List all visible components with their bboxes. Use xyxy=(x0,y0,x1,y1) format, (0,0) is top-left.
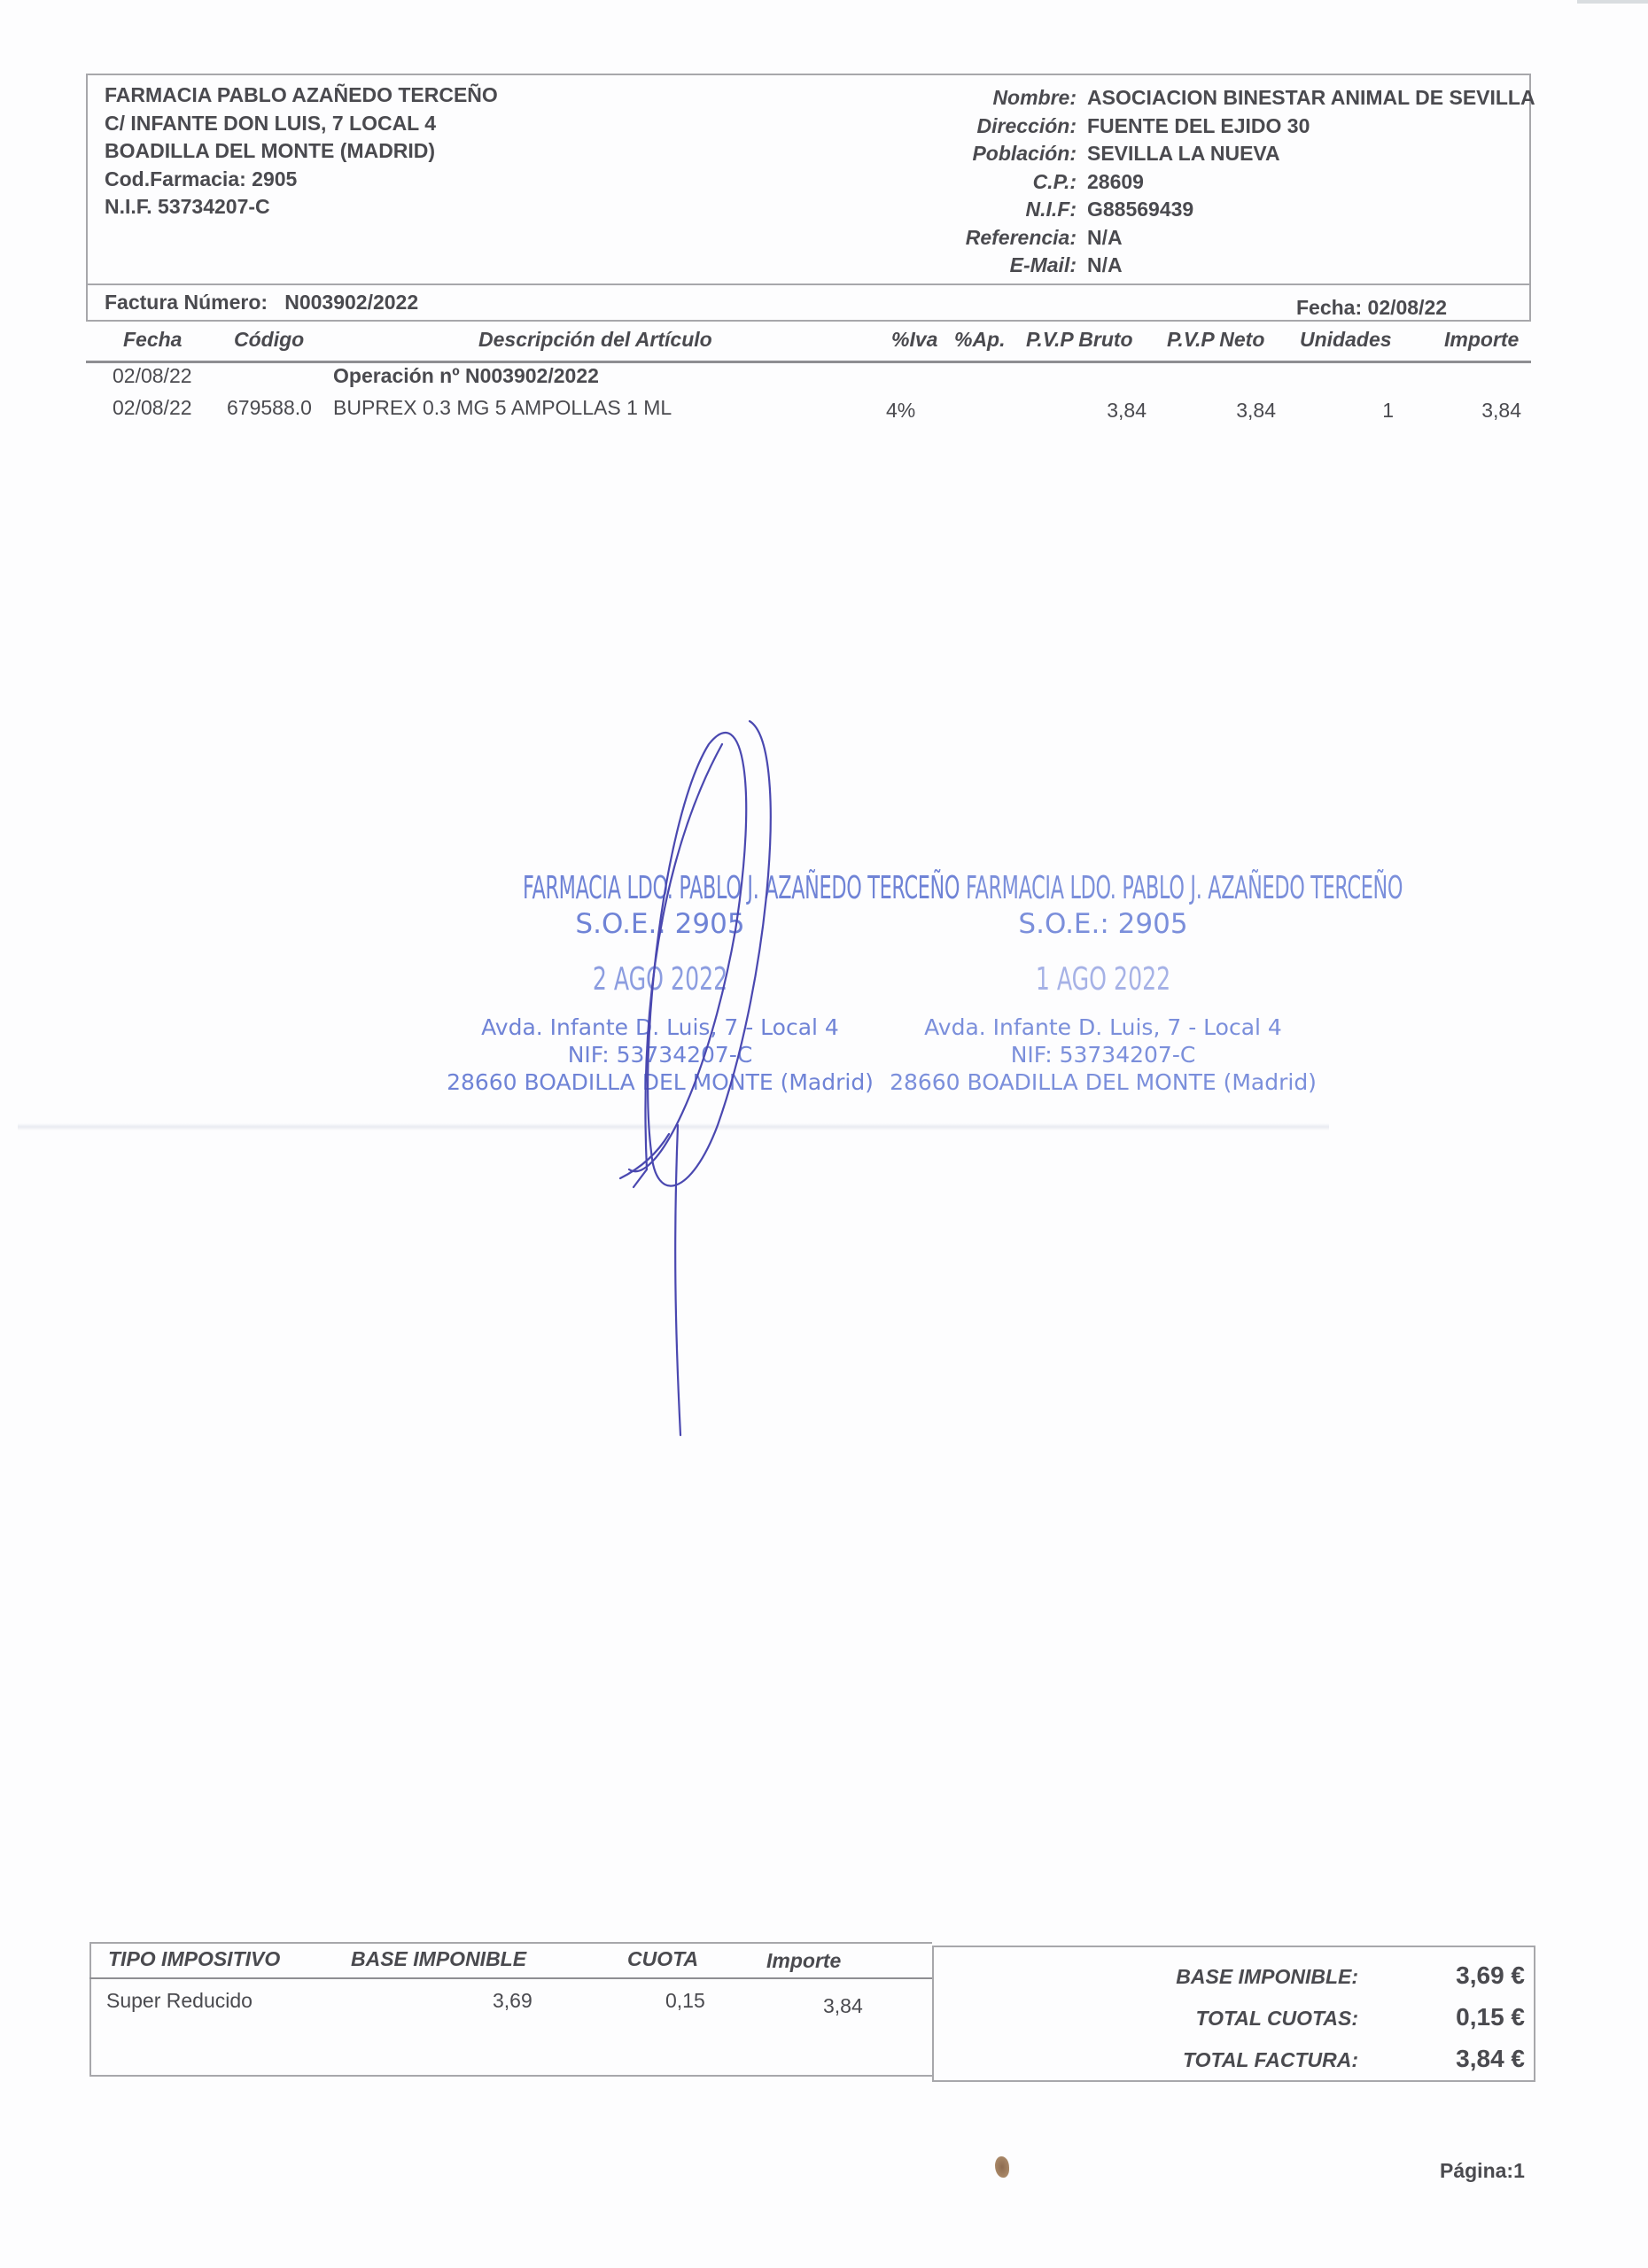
handwritten-signature xyxy=(567,709,833,1453)
seller-nif: N.I.F. 53734207-C xyxy=(105,193,498,221)
buyer-block: Nombre:ASOCIACION BINESTAR ANIMAL DE SEV… xyxy=(939,84,1535,280)
stamp-date: 1 AGO 2022 xyxy=(948,961,1258,998)
items-header-rule xyxy=(86,361,1531,363)
seller-address: C/ INFANTE DON LUIS, 7 LOCAL 4 xyxy=(105,110,498,138)
buyer-town-row: Población:SEVILLA LA NUEVA xyxy=(939,140,1535,168)
invoice-number: Factura Número: N003902/2022 xyxy=(105,291,418,315)
invoice-date-value: 02/08/22 xyxy=(1368,296,1448,319)
pharmacy-stamp: FARMACIA LDO. PABLO J. AZAÑEDO TERCEÑO S… xyxy=(882,870,1325,1096)
col-descripcion: Descripción del Artículo xyxy=(478,328,712,352)
buyer-address-row: Dirección:FUENTE DEL EJIDO 30 xyxy=(939,113,1535,141)
paper-speck xyxy=(995,2156,1009,2178)
total-factura: TOTAL FACTURA: 3,84 € xyxy=(932,2045,1535,2075)
scan-edge-mark xyxy=(1577,0,1648,4)
col-codigo: Código xyxy=(234,328,304,352)
col-cuota: CUOTA xyxy=(627,1947,698,1971)
col-importe: Importe xyxy=(766,1949,841,1973)
col-pvp-neto: P.V.P Neto xyxy=(1167,328,1264,352)
col-tipo-impositivo: TIPO IMPOSITIVO xyxy=(108,1947,280,1971)
items-table-header: Fecha Código Descripción del Artículo %I… xyxy=(0,328,1648,360)
seller-block: FARMACIA PABLO AZAÑEDO TERCEÑO C/ INFANT… xyxy=(105,82,498,221)
buyer-nif: G88569439 xyxy=(1087,196,1193,224)
buyer-reference-row: Referencia:N/A xyxy=(939,224,1535,252)
page-number: Página:1 xyxy=(1440,2159,1525,2183)
seller-city: BOADILLA DEL MONTE (MADRID) xyxy=(105,137,498,166)
invoice-number-value: N003902/2022 xyxy=(284,291,418,314)
buyer-email-row: E-Mail:N/A xyxy=(939,252,1535,280)
col-importe: Importe xyxy=(1444,328,1519,352)
buyer-postcode: 28609 xyxy=(1087,168,1144,197)
buyer-nif-row: N.I.F:G88569439 xyxy=(939,196,1535,224)
buyer-reference: N/A xyxy=(1087,224,1123,252)
table-row: 02/08/22 Operación nº N003902/2022 xyxy=(0,364,1648,392)
col-fecha: Fecha xyxy=(123,328,182,352)
seller-pharmacy-code: Cod.Farmacia: 2905 xyxy=(105,166,498,194)
buyer-email: N/A xyxy=(1087,252,1123,280)
buyer-town: SEVILLA LA NUEVA xyxy=(1087,140,1280,168)
table-row: 02/08/22 679588.0 BUPREX 0.3 MG 5 AMPOLL… xyxy=(0,396,1648,424)
header-divider xyxy=(86,283,1531,285)
col-ap: %Ap. xyxy=(954,328,1006,352)
invoice-date: Fecha: 02/08/22 xyxy=(1296,296,1447,320)
buyer-name-row: Nombre:ASOCIACION BINESTAR ANIMAL DE SEV… xyxy=(939,84,1535,113)
total-cuotas: TOTAL CUOTAS: 0,15 € xyxy=(932,2003,1535,2033)
col-base-imponible: BASE IMPONIBLE xyxy=(351,1947,526,1971)
seller-name: FARMACIA PABLO AZAÑEDO TERCEÑO xyxy=(105,82,498,110)
buyer-name: ASOCIACION BINESTAR ANIMAL DE SEVILLA xyxy=(1087,84,1535,113)
total-base-imponible: BASE IMPONIBLE: 3,69 € xyxy=(932,1961,1535,1992)
col-pvp-bruto: P.V.P Bruto xyxy=(1026,328,1133,352)
col-unidades: Unidades xyxy=(1300,328,1392,352)
buyer-address: FUENTE DEL EJIDO 30 xyxy=(1087,113,1310,141)
buyer-postcode-row: C.P.:28609 xyxy=(939,168,1535,197)
tax-header-rule xyxy=(89,1977,932,1979)
col-iva: %Iva xyxy=(891,328,937,352)
